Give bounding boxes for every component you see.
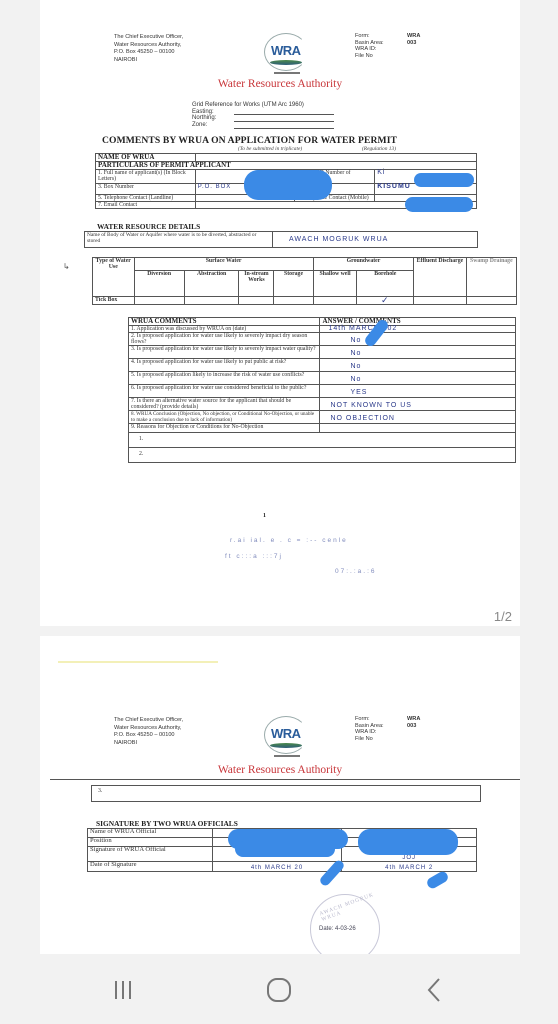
surface-water-label: Surface Water <box>134 258 313 271</box>
comment-answer: No <box>320 346 516 359</box>
abstraction-label: Abstraction <box>184 271 239 297</box>
comment-row: 5. Is proposed application likely to inc… <box>129 372 516 385</box>
signature-row-label: Date of Signature <box>88 862 213 872</box>
document-page-number: 1 <box>263 513 266 519</box>
name-of-wrua-value <box>195 154 476 162</box>
tick-instream[interactable] <box>239 297 274 305</box>
back-button[interactable] <box>405 968 465 1012</box>
address-line: NAIROBI <box>114 57 183 65</box>
wra-logo: WRA <box>262 33 312 77</box>
faint-handwriting: ft c:::a :::7j <box>225 553 283 560</box>
comment-row: 1. Application was discussed by WRUA on … <box>129 326 516 333</box>
file-no-label: File No <box>355 53 384 60</box>
tick-borehole[interactable]: ✓ <box>357 297 414 305</box>
comment-question: 4. Is proposed application for water use… <box>129 359 320 372</box>
wra-logo: WRA <box>262 716 312 760</box>
comment-row: 3. Is proposed application for water use… <box>129 346 516 359</box>
back-icon <box>425 977 445 1003</box>
tick-effluent[interactable] <box>414 297 466 305</box>
comment-answer: NO OBJECTION <box>320 411 516 424</box>
home-button[interactable] <box>249 968 309 1012</box>
tick-shallow-well[interactable] <box>313 297 357 305</box>
reason-3: 3. <box>92 786 481 802</box>
instream-works-label: In-stream Works <box>239 271 274 297</box>
faint-handwriting: 07:.:a.:6 <box>335 568 377 575</box>
storage-label: Storage <box>274 271 313 297</box>
android-nav-bar <box>0 954 558 1024</box>
recent-apps-icon <box>112 979 134 1001</box>
file-no-label: File No <box>355 736 384 743</box>
triplicate-note: (To be submitted in triplicate) <box>238 146 302 152</box>
diversion-label: Diversion <box>134 271 184 297</box>
document-page-1: The Chief Executive Officer, Water Resou… <box>40 0 520 626</box>
comment-question: 9. Reasons for Objection or Conditions f… <box>129 424 320 433</box>
tick-abstraction[interactable] <box>184 297 239 305</box>
full-name-label: 1. Full name of applicant(s) (In Block L… <box>96 170 196 184</box>
comment-question: 7. Is there an alternative water source … <box>129 398 320 411</box>
redaction-mark <box>235 841 335 857</box>
comment-question: 1. Application was discussed by WRUA on … <box>129 326 320 333</box>
comment-row: 9. Reasons for Objection or Conditions f… <box>129 424 516 433</box>
comment-row: 8. WRUA Conclusion (Objection, No object… <box>129 411 516 424</box>
authority-title: Water Resources Authority <box>40 78 520 90</box>
comment-question: 2. Is proposed application for water use… <box>129 333 320 346</box>
grid-reference-title: Grid Reference for Works (UTM Arc 1960) <box>192 102 304 109</box>
form-info: Form: Basin Area: WRA ID: File No WRA 00… <box>355 33 384 59</box>
groundwater-label: Groundwater <box>313 258 414 271</box>
faint-handwriting: r.ai ial. e . c = :-- cenle <box>230 537 348 544</box>
comment-row: 4. Is proposed application for water use… <box>129 359 516 372</box>
effluent-label: Effluent Discharge <box>414 258 466 297</box>
official-2-value: 4th MARCH 2 <box>342 862 477 872</box>
recent-apps-button[interactable] <box>93 968 153 1012</box>
comment-question: 3. Is proposed application for water use… <box>129 346 320 359</box>
redaction-mark <box>358 829 458 855</box>
comment-row: 6. Is proposed application for water use… <box>129 385 516 398</box>
address-line: Water Resources Authority, <box>114 725 183 733</box>
comment-row: 2. Is proposed application for water use… <box>129 333 516 346</box>
form-info: Form: Basin Area: WRA ID: File No WRA 00… <box>355 716 384 742</box>
water-use-type-label: Type of Water Use <box>93 258 135 297</box>
address-line: The Chief Executive Officer, <box>114 34 183 42</box>
form-title: COMMENTS BY WRUA ON APPLICATION FOR WATE… <box>102 135 397 146</box>
address-line: NAIROBI <box>114 740 183 748</box>
stamp-date: Date: 4-03-26 <box>319 926 356 932</box>
home-icon <box>266 977 292 1003</box>
form-code: WRA 003 <box>407 716 420 729</box>
comment-answer: YES <box>320 385 516 398</box>
landline-label: 5. Telephone Contact (Landline) <box>96 195 196 202</box>
grid-reference: Grid Reference for Works (UTM Arc 1960) … <box>192 102 304 128</box>
redaction-mark <box>244 170 332 200</box>
page-indicator: 1/2 <box>494 609 512 624</box>
redaction-mark <box>405 197 473 212</box>
signature-row: Date of Signature4th MARCH 204th MARCH 2 <box>88 862 477 872</box>
signature-row-label: Signature of WRUA Official <box>88 847 213 862</box>
tick-diversion[interactable] <box>134 297 184 305</box>
address-line: P.O. Box 45250 – 00100 <box>114 49 183 57</box>
reason-1: 1. <box>129 433 516 448</box>
signature-title: SIGNATURE BY TWO WRUA OFFICIALS <box>96 819 238 828</box>
water-body-label: Name of Body of Water or Aquifer where w… <box>85 232 273 248</box>
tick-storage[interactable] <box>274 297 313 305</box>
comment-answer: No <box>320 359 516 372</box>
highlight-mark <box>58 661 218 663</box>
address-line: The Chief Executive Officer, <box>114 717 183 725</box>
comment-question: 6. Is proposed application for water use… <box>129 385 320 398</box>
water-resource-label: WATER RESOURCE DETAILS <box>97 222 200 231</box>
water-body-value: AWACH MOGRUK WRUA <box>273 232 478 248</box>
comment-row: 7. Is there an alternative water source … <box>129 398 516 411</box>
comment-answer: 14th MARCH 202 <box>320 326 516 333</box>
tick-swamp[interactable] <box>466 297 516 305</box>
comment-answer: No <box>320 333 516 346</box>
email-label: 7. Email Contact <box>96 202 196 209</box>
address-line: P.O. Box 45250 – 00100 <box>114 732 183 740</box>
header-rule <box>50 779 520 780</box>
authority-title: Water Resources Authority <box>40 764 520 776</box>
swamp-label: Swamp Drainage <box>466 258 516 297</box>
box-number-label: 3. Box Number <box>96 184 196 195</box>
address-line: Water Resources Authority, <box>114 42 183 50</box>
redaction-mark <box>414 173 474 187</box>
official-1-value: 4th MARCH 20 <box>212 862 342 872</box>
reason-2: 2. <box>129 448 516 463</box>
margin-mark: ↳ <box>63 262 70 271</box>
comment-question: 5. Is proposed application likely to inc… <box>129 372 320 385</box>
tick-box-label: Tick Box <box>93 297 135 305</box>
comment-answer <box>320 424 516 433</box>
regulation-note: (Regulation 13) <box>362 146 396 152</box>
recipient-address: The Chief Executive Officer, Water Resou… <box>114 34 183 64</box>
comment-question: 8. WRUA Conclusion (Objection, No object… <box>129 411 320 424</box>
form-code: WRA 003 <box>407 33 420 46</box>
water-use-table: Type of Water Use Surface Water Groundwa… <box>92 257 517 305</box>
comment-answer: No <box>320 372 516 385</box>
redaction-mark <box>425 870 450 891</box>
borehole-label: Borehole <box>357 271 414 297</box>
document-page-2: The Chief Executive Officer, Water Resou… <box>40 636 520 954</box>
stamp-text: AWACH MOGRUK WRUA <box>319 891 379 923</box>
particulars-label: PARTICULARS OF PERMIT APPLICANT <box>96 162 477 170</box>
wrua-stamp: AWACH MOGRUK WRUA Date: 4-03-26 <box>310 894 380 954</box>
water-body-table: Name of Body of Water or Aquifer where w… <box>84 231 478 248</box>
wrua-comments-table: WRUA COMMENTS ANSWER / COMMENTS 1. Appli… <box>128 317 516 463</box>
reasons-continued-table: 3. <box>91 785 481 802</box>
comment-answer: NOT KNOWN TO US <box>320 398 516 411</box>
wrua-comments-header: WRUA COMMENTS <box>129 318 320 326</box>
recipient-address: The Chief Executive Officer, Water Resou… <box>114 717 183 747</box>
shallow-well-label: Shallow well <box>313 271 357 297</box>
